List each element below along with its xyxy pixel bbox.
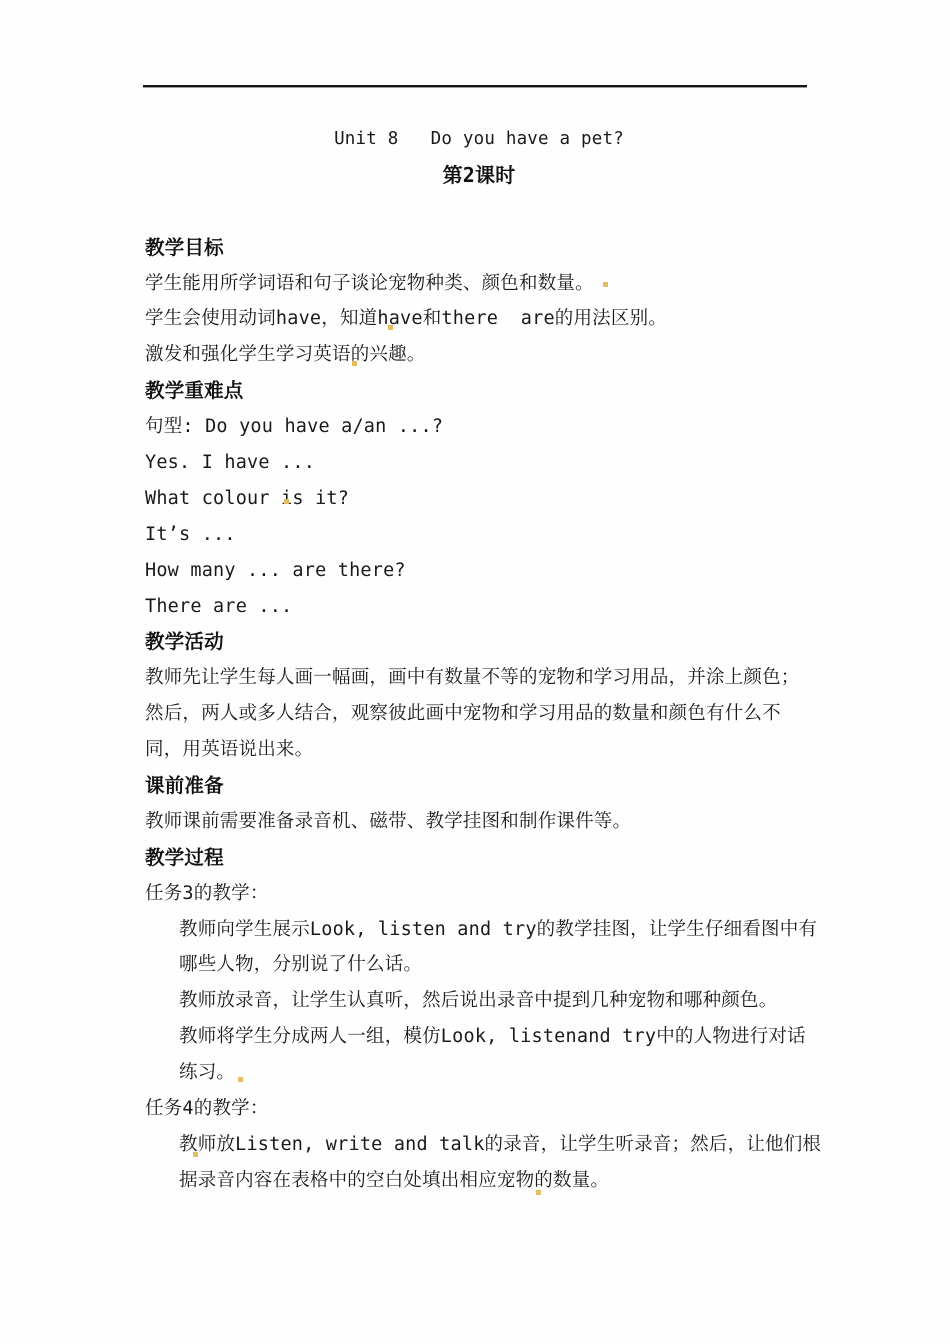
unit-title: Unit 8 Do you have a pet?	[145, 122, 813, 158]
section-heading: 教学活动	[145, 624, 813, 660]
doc-line: 教师先让学生每人画一幅画，画中有数量不等的宠物和学习用品，并涂上颜色；	[145, 660, 813, 696]
doc-line: 学生能用所学词语和句子谈论宠物种类、颜色和数量。	[145, 266, 813, 302]
doc-line: What colour is it?	[145, 481, 813, 517]
doc-line: 教师放Listen, write and talk的录音，让学生听录音；然后，让…	[145, 1127, 813, 1163]
doc-line: 任务4的教学：	[145, 1091, 813, 1127]
section-heading: 教学重难点	[145, 373, 813, 409]
doc-line: 教师放录音，让学生认真听，然后说出录音中提到几种宠物和哪种颜色。	[145, 983, 813, 1019]
section-heading: 教学目标	[145, 230, 813, 266]
doc-line: 练习。	[145, 1055, 813, 1091]
annotation-dot	[352, 361, 357, 366]
doc-line: 教师向学生展示Look, listen and try的教学挂图，让学生仔细看图…	[145, 912, 813, 948]
doc-line: 然后，两人或多人结合，观察彼此画中宠物和学习用品的数量和颜色有什么不	[145, 696, 813, 732]
annotation-dot	[536, 1190, 541, 1195]
doc-line: 据录音内容在表格中的空白处填出相应宠物的数量。	[145, 1163, 813, 1199]
annotation-dot	[388, 325, 393, 330]
annotation-dot	[603, 282, 608, 287]
annotation-dot	[193, 1152, 198, 1157]
document-body: Unit 8 Do you have a pet?第2课时教学目标学生能用所学词…	[145, 122, 813, 1199]
blank-line	[145, 194, 813, 230]
header-rule	[143, 85, 807, 88]
doc-line: 激发和强化学生学习英语的兴趣。	[145, 337, 813, 373]
doc-line: 任务3的教学：	[145, 876, 813, 912]
doc-line: 同，用英语说出来。	[145, 732, 813, 768]
section-heading: 教学过程	[145, 840, 813, 876]
doc-line: 学生会使用动词have，知道have和there are的用法区别。	[145, 301, 813, 337]
section-heading: 课前准备	[145, 768, 813, 804]
doc-line: 哪些人物，分别说了什么话。	[145, 947, 813, 983]
annotation-dot	[284, 499, 289, 504]
doc-line: 句型: Do you have a/an ...?	[145, 409, 813, 445]
doc-line: 教师将学生分成两人一组，模仿Look, listenand try中的人物进行对…	[145, 1019, 813, 1055]
lesson-subtitle: 第2课时	[145, 158, 813, 194]
doc-line: There are ...	[145, 589, 813, 625]
doc-line: Yes. I have ...	[145, 445, 813, 481]
doc-line: 教师课前需要准备录音机、磁带、教学挂图和制作课件等。	[145, 804, 813, 840]
doc-line: How many ... are there?	[145, 553, 813, 589]
document-page: Unit 8 Do you have a pet?第2课时教学目标学生能用所学词…	[0, 0, 950, 1344]
doc-line: It’s ...	[145, 517, 813, 553]
annotation-dot	[238, 1077, 243, 1082]
